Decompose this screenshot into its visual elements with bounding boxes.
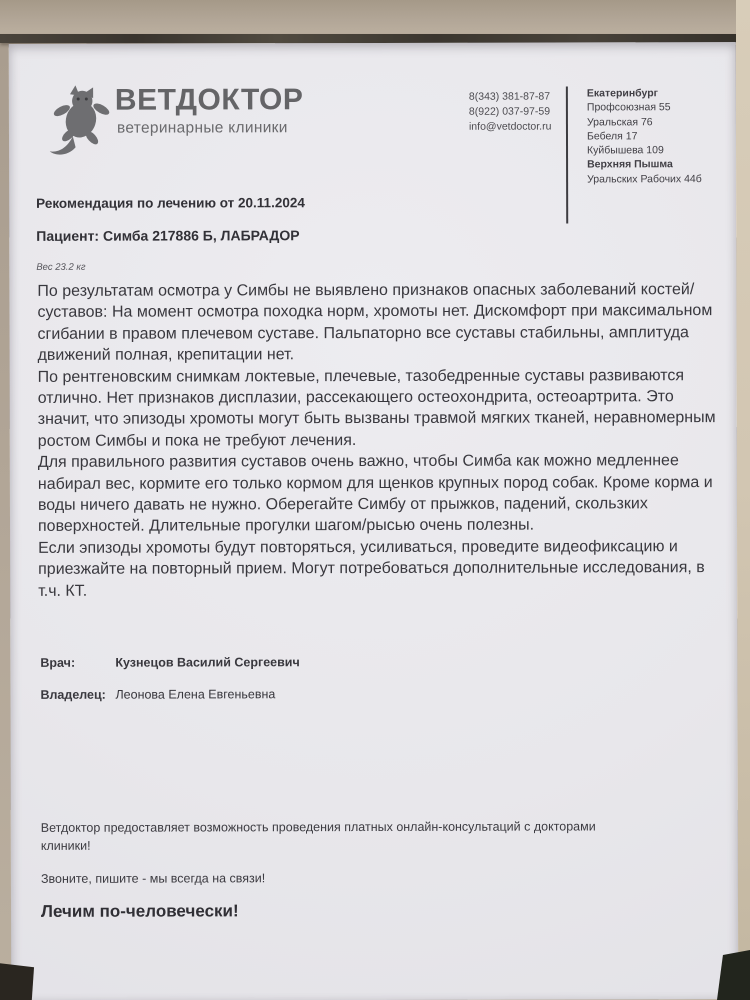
body-paragraph-3: Для правильного развития суставов очень …: [38, 450, 720, 537]
body-paragraph-2: По рентгеновским снимкам локтевые, плече…: [38, 365, 720, 452]
address-line: Уральских Рабочих 44б: [587, 172, 702, 187]
letter-page: ВЕТДОКТОР ветеринарные клиники 8(343) 38…: [9, 42, 739, 1000]
patient-line: Пациент: Симба 217886 Б, ЛАБРАДОР: [36, 227, 299, 244]
recommendation-body: По результатам осмотра у Симбы не выявле…: [37, 279, 720, 602]
document-title: Рекомендация по лечению от 20.11.2024: [36, 195, 305, 211]
doctor-name: Кузнецов Василий Сергеевич: [115, 655, 299, 669]
doctor-label: Врач:: [40, 656, 75, 670]
address-line: Уральская 76: [587, 115, 702, 130]
body-paragraph-1: По результатам осмотра у Симбы не выявле…: [37, 279, 719, 366]
cat-logo-icon: [47, 84, 115, 162]
contact-block: 8(343) 381-87-87 8(922) 037-97-59 info@v…: [469, 90, 552, 135]
clinic-logo-subtitle: ветеринарные клиники: [117, 119, 288, 137]
email-address: info@vetdoctor.ru: [469, 120, 551, 135]
address-line: Бебеля 17: [587, 129, 702, 144]
header-divider: [566, 86, 568, 223]
weight-note: Вес 23.2 кг: [36, 262, 85, 273]
phone-number-2: 8(922) 037-97-59: [469, 105, 551, 120]
address-line: Куйбышева 109: [587, 143, 702, 158]
desk-surface-top: [0, 0, 750, 36]
address-line: Профсоюзная 55: [587, 100, 702, 115]
desk-surface-right: [736, 0, 750, 958]
photographed-document: ВЕТДОКТОР ветеринарные клиники 8(343) 38…: [0, 0, 750, 1000]
footer-contact-note: Звоните, пишите - мы всегда на связи!: [41, 871, 265, 886]
owner-name: Леонова Елена Евгеньевна: [115, 687, 275, 701]
address-city-1: Екатеринбург: [587, 86, 702, 101]
clinic-logo-name: ВЕТДОКТОР: [115, 83, 304, 117]
address-city-2: Верхняя Пышма: [587, 158, 702, 173]
address-block: Екатеринбург Профсоюзная 55 Уральская 76…: [587, 86, 702, 186]
owner-label: Владелец:: [40, 688, 105, 702]
phone-number-1: 8(343) 381-87-87: [469, 90, 551, 105]
clinic-slogan: Лечим по-человечески!: [41, 901, 239, 922]
body-paragraph-4: Если эпизоды хромоты будут повторяться, …: [38, 536, 720, 602]
footer-consultation-note: Ветдоктор предоставляет возможность пров…: [41, 817, 606, 854]
